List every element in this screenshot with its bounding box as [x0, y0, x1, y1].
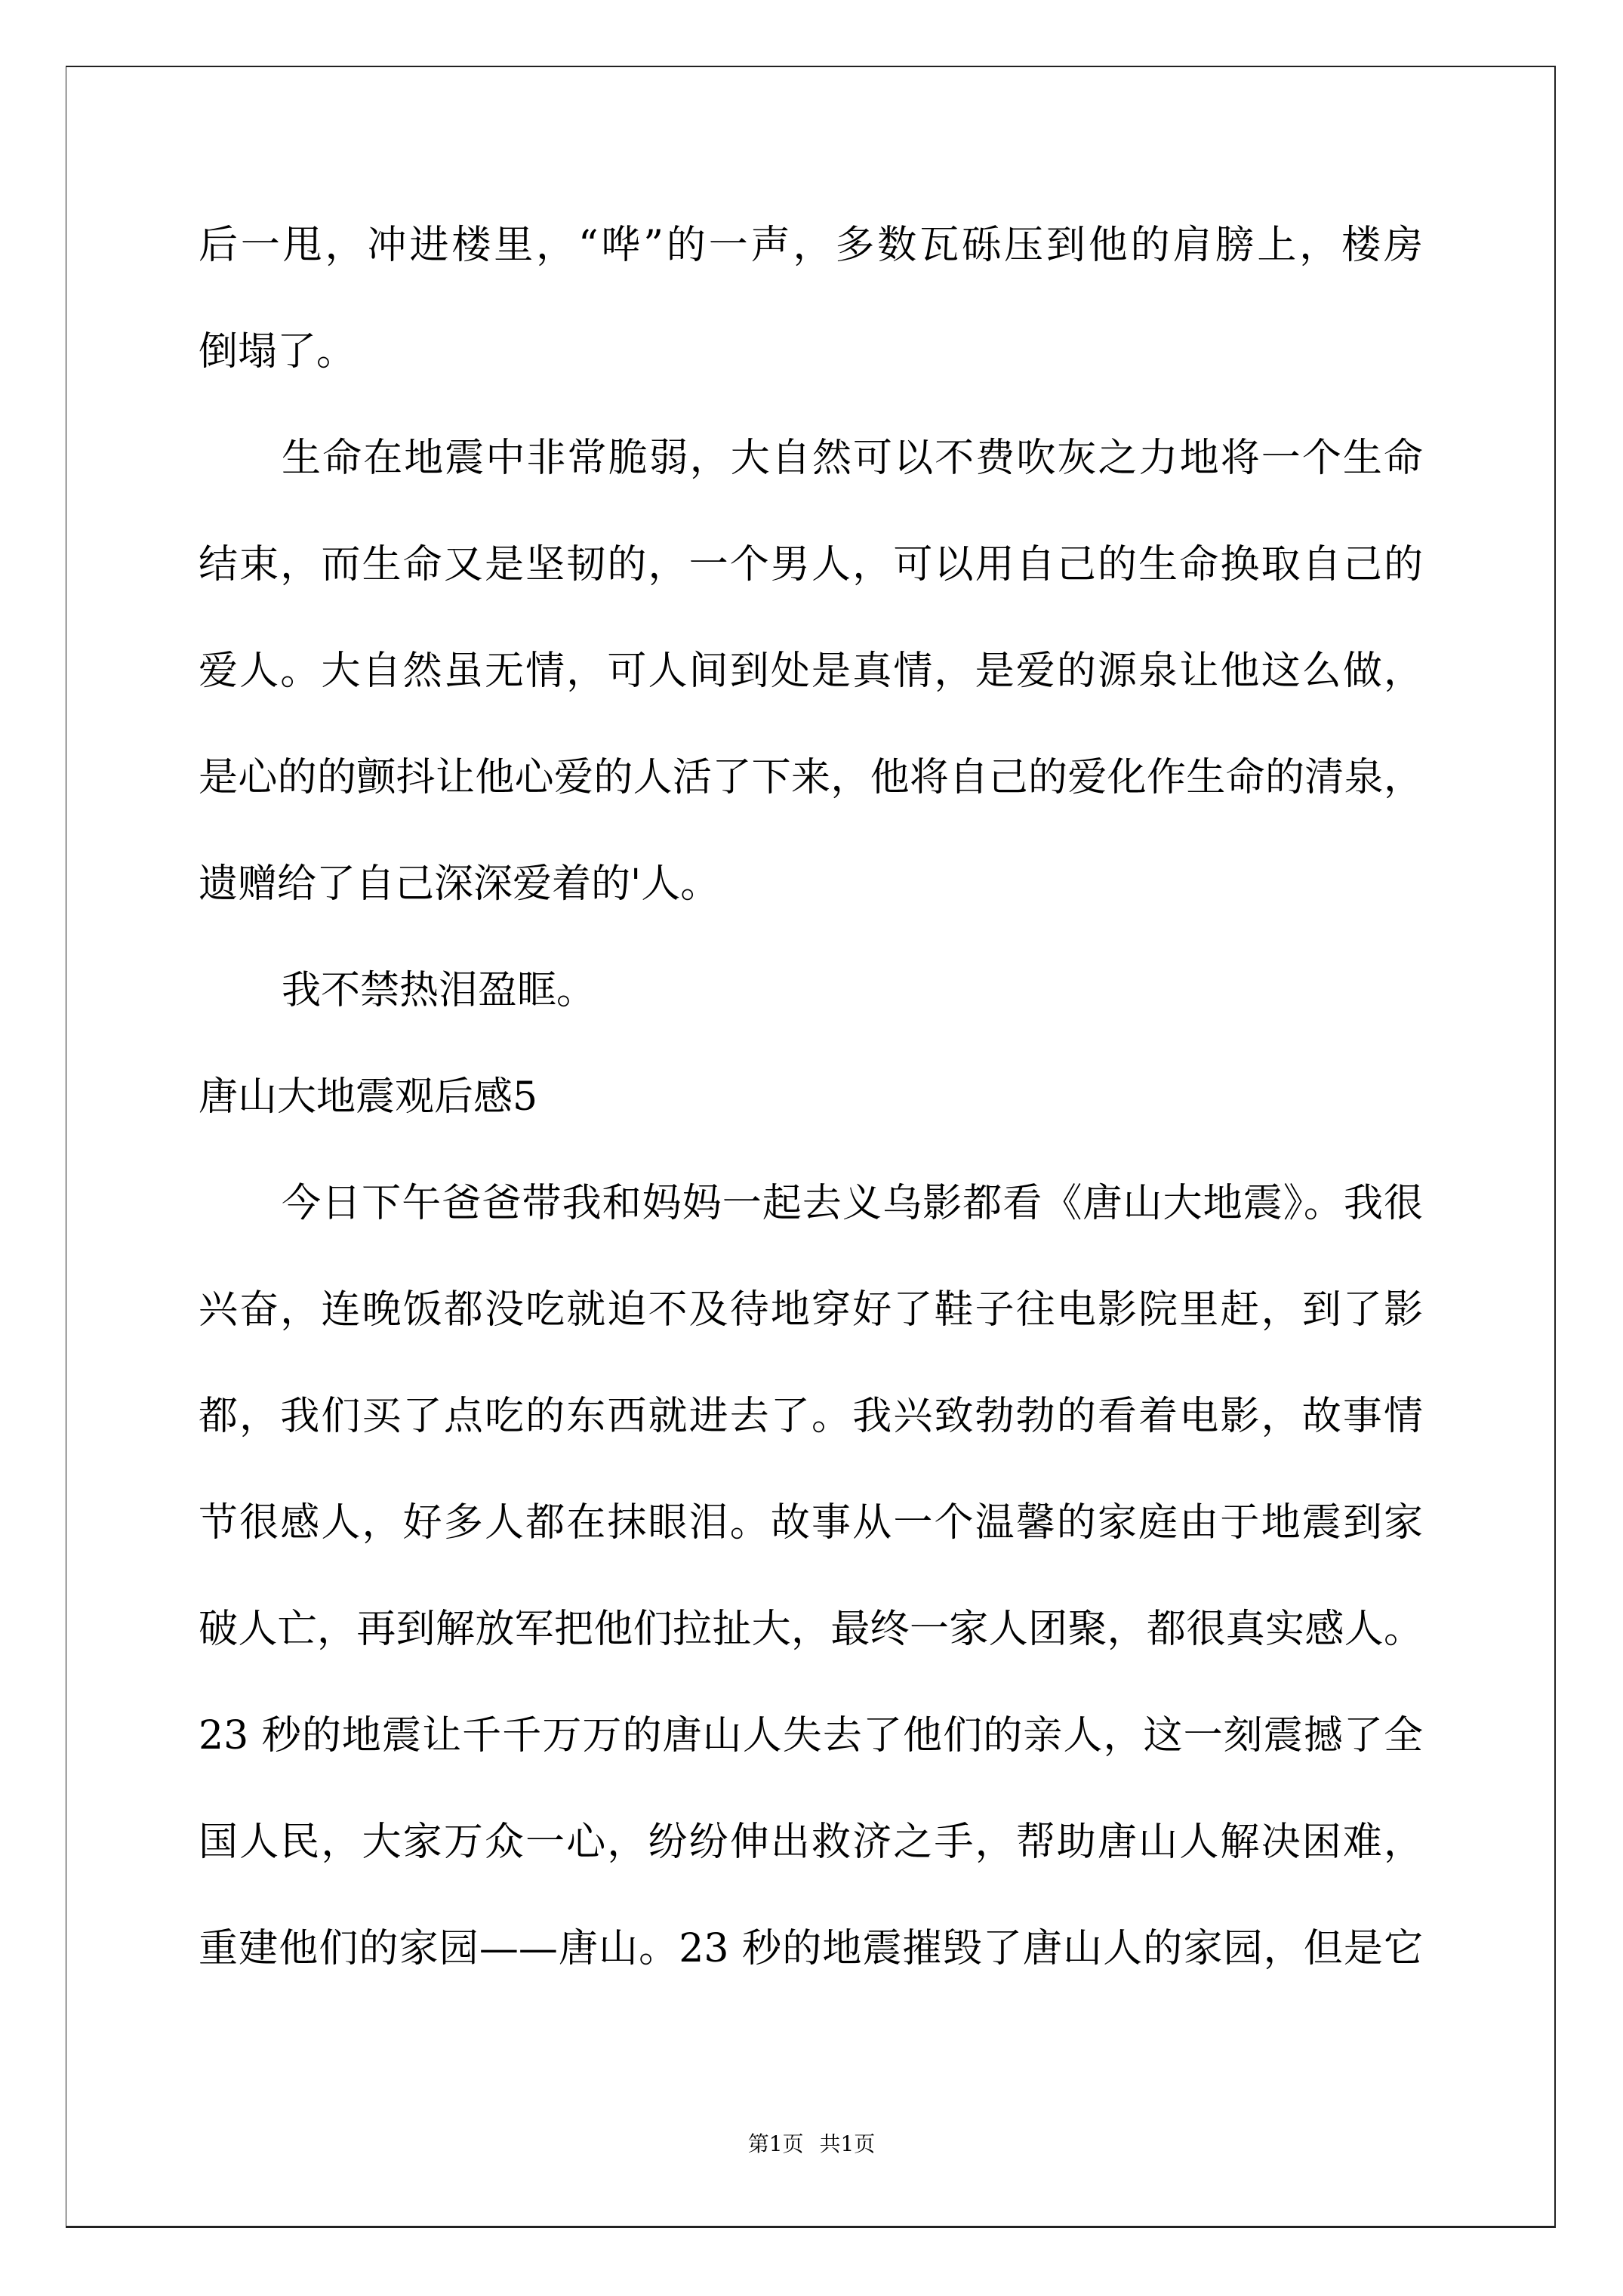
text-line-6: 是心的的颤抖让他心爱的人活了下来，他将自己的爱化作生命的清泉， [199, 755, 1423, 800]
text-line-10: 今日下午爸爸带我和妈妈一起去义乌影都看《唐山大地震》。我很 [282, 1181, 1423, 1226]
page-number-footer: 第1页 共1页 [0, 2131, 1623, 2158]
page-border [66, 66, 1556, 2228]
text-line-12: 都，我们买了点吃的东西就进去了。我兴致勃勃的看着电影，故事情 [199, 1394, 1423, 1439]
section-heading: 唐山大地震观后感5 [199, 1074, 537, 1120]
text-line-2: 倒塌了。 [199, 329, 356, 374]
text-line-4: 结束，而生命又是坚韧的，一个男人，可以用自己的生命换取自己的 [199, 542, 1423, 587]
text-line-16: 国人民，大家万众一心，纷纷伸出救济之手，帮助唐山人解决困难， [199, 1820, 1423, 1865]
text-line-5: 爱人。大自然虽无情，可人间到处是真情，是爱的源泉让他这么做， [199, 649, 1423, 694]
text-line-7: 遗赠给了自己深深爱着的'人。 [199, 861, 719, 907]
text-line-14: 破人亡，再到解放军把他们拉扯大，最终一家人团聚，都很真实感人。 [199, 1607, 1423, 1652]
text-line-17: 重建他们的家园——唐山。23 秒的地震摧毁了唐山人的家园，但是它 [199, 1926, 1423, 1971]
text-line-15: 23 秒的地震让千千万万的唐山人失去了他们的亲人，这一刻震撼了全 [199, 1713, 1423, 1758]
text-line-8: 我不禁热泪盈眶。 [282, 968, 596, 1013]
text-line-11: 兴奋，连晚饭都没吃就迫不及待地穿好了鞋子往电影院里赶，到了影 [199, 1287, 1423, 1333]
text-line-1: 后一甩，冲进楼里，“哗”的一声，多数瓦砾压到他的肩膀上，楼房 [199, 223, 1423, 268]
text-line-3: 生命在地震中非常脆弱，大自然可以不费吹灰之力地将一个生命 [282, 436, 1423, 481]
text-line-13: 节很感人，好多人都在抹眼泪。故事从一个温馨的家庭由于地震到家 [199, 1500, 1423, 1546]
